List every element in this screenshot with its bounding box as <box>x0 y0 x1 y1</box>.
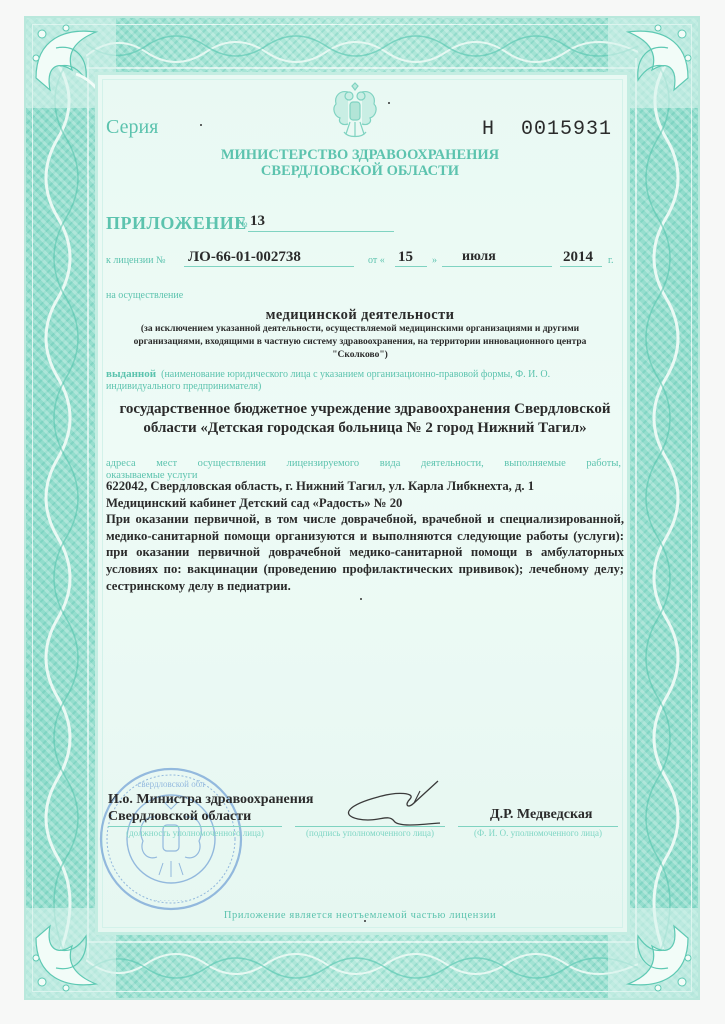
footer-note: Приложение является неотъемлемой частью … <box>110 910 610 921</box>
signer-position-line2: Свердловской области <box>108 808 313 825</box>
official-round-seal-icon: свердловской обл · · · · · · · · <box>95 765 247 913</box>
address-line: 622042, Свердловская область, г. Нижний … <box>106 478 624 495</box>
organization-name: государственное бюджетное учреждение здр… <box>110 400 620 438</box>
signer-position: И.о. Министра здравоохранения Свердловск… <box>108 791 313 825</box>
license-day: 15 <box>398 249 413 266</box>
issued-to-hint: (наименование юридического лица с указан… <box>106 369 550 392</box>
position-underline <box>108 826 282 827</box>
double-headed-eagle-emblem-icon <box>330 82 380 142</box>
address-and-services: 622042, Свердловская область, г. Нижний … <box>106 478 624 594</box>
appendix-title: ПРИЛОЖЕНИЕ <box>106 213 247 234</box>
appendix-number: 13 <box>250 213 265 230</box>
speck <box>200 124 202 126</box>
series-digits: 0015931 <box>521 118 612 141</box>
name-caption: (Ф. И. О. уполномоченного лица) <box>458 828 618 838</box>
service-line: При оказании первичной, в том числе довр… <box>106 511 624 528</box>
license-month-underline <box>442 266 552 267</box>
issued-to-keyword: выданной <box>106 368 156 380</box>
position-caption: (должность уполномоченного лица) <box>108 828 282 838</box>
border-band-bottom <box>86 940 638 990</box>
series-number: Н 0015931 <box>482 118 612 141</box>
license-year-underline <box>560 266 602 267</box>
border-band-left <box>34 58 90 958</box>
license-day-underline <box>395 266 427 267</box>
license-number: ЛО-66-01-002738 <box>188 249 301 266</box>
ministry-name-line1: МИНИСТЕРСТВО ЗДРАВООХРАНЕНИЯ <box>150 147 570 164</box>
license-month: июля <box>462 249 496 265</box>
appendix-number-sign: № <box>237 218 248 230</box>
license-number-underline <box>184 266 354 267</box>
organization-name-line2: области «Детская городская больница № 2 … <box>110 419 620 438</box>
service-line: сестринскому делу в педиатрии. <box>106 578 624 595</box>
border-band-top <box>86 26 638 70</box>
handwritten-signature-icon <box>328 775 448 830</box>
signer-position-line1: И.о. Министра здравоохранения <box>108 791 313 808</box>
signature-underline <box>295 826 445 827</box>
speck <box>388 102 390 104</box>
speck <box>360 598 362 600</box>
series-label: Серия <box>106 116 158 139</box>
address-line: Медицинский кабинет Детский сад «Радость… <box>106 495 624 512</box>
ministry-name-line2: СВЕРДЛОВСКОЙ ОБЛАСТИ <box>150 163 570 180</box>
activity-exception-note: (за исключением указанной деятельности, … <box>110 323 610 362</box>
border-band-right <box>634 58 690 958</box>
speck <box>364 920 366 922</box>
license-year: 2014 <box>563 249 593 266</box>
license-year-suffix: г. <box>608 255 613 266</box>
service-line: условиях по: вакцинации (проведению проф… <box>106 561 624 578</box>
printer-imprint <box>290 989 460 993</box>
service-line: медико-санитарной помощи организуются и … <box>106 528 624 545</box>
license-number-label: к лицензии № <box>106 255 166 266</box>
service-line: при оказании первичной доврачебной медик… <box>106 544 624 561</box>
signer-name: Д.Р. Медведская <box>490 807 592 823</box>
signature-caption: (подпись уполномоченного лица) <box>295 828 445 838</box>
appendix-number-underline <box>248 231 394 232</box>
name-underline <box>458 826 618 827</box>
license-close-quote: » <box>432 255 437 266</box>
organization-name-line1: государственное бюджетное учреждение здр… <box>110 400 620 419</box>
address-section-label-line1: адреса мест осуществления лицензируемого… <box>106 458 621 470</box>
svg-text:· · · · · · · ·: · · · · · · · · <box>156 897 187 905</box>
license-date-from-label: от « <box>368 255 385 266</box>
activity-label: на осуществление <box>106 290 183 301</box>
svg-text:свердловской обл: свердловской обл <box>137 779 205 789</box>
series-letter: Н <box>482 118 495 141</box>
activity-title: медицинской деятельности <box>110 307 610 324</box>
issued-to-label: выданной (наименование юридического лица… <box>106 368 621 393</box>
